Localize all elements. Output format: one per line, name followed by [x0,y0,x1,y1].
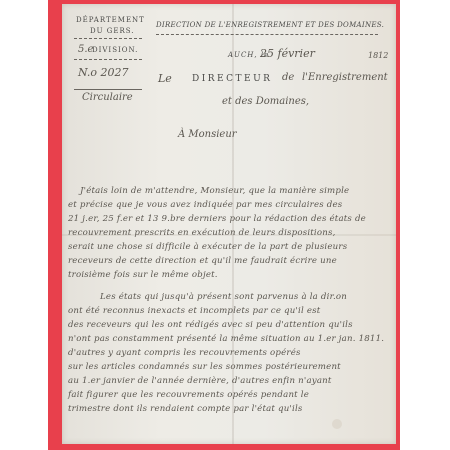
body-line: troisième fois sur le même objet. [68,270,218,280]
body-line: serait une chose si difficile à exécuter… [68,242,347,252]
date-handwritten: 25 février [260,47,315,60]
sender-enregistrement: l'Enregistrement [302,72,388,83]
divider-rule [74,38,142,39]
body-line: trimestre dont ils rendaient compte par … [68,404,303,414]
body-line: ont été reconnus inexacts et incomplets … [68,306,320,316]
wavy-rule [156,34,378,35]
reference-number: N.o 2027 [78,66,129,79]
flourish-rule [74,89,142,90]
circular-label: Circulaire [82,92,133,103]
body-line: 21 j.er, 25 f.er et 13 9.bre derniers po… [68,214,366,224]
divider-rule [74,59,142,60]
addressee-salutation: À Monsieur [178,129,237,140]
letter-page: DÉPARTEMENT DU GERS. 5.e DIVISION. N.o 2… [62,4,396,444]
body-line: Les états qui jusqu'à présent sont parve… [100,292,347,302]
direction-title: DIRECTION DE L'ENREGISTREMENT ET DES DOM… [156,21,384,29]
division-label: DIVISION. [92,46,138,54]
body-line: et précise que je vous avez indiquée par… [68,200,342,210]
body-line: d'autres y ayant compris les recouvremen… [68,348,301,358]
department-line-1: DÉPARTEMENT [76,16,145,24]
body-line: n'ont pas constamment présenté la même s… [68,334,384,344]
body-line: recouvrement prescrits en exécution de l… [68,228,336,238]
body-line: J'étais loin de m'attendre, Monsieur, qu… [80,186,349,196]
sender-title: DIRECTEUR [192,74,272,84]
body-line: au 1.er janvier de l'année dernière, d'a… [68,376,332,386]
body-line: des receveurs qui les ont rédigés avec s… [68,320,353,330]
sender-de: de [282,72,294,83]
paper-stain [332,419,342,429]
sender-le: Le [158,72,172,85]
year: 1812 [368,51,388,60]
body-line: receveurs de cette direction et qu'il me… [68,256,337,266]
body-line: fait figurer que les recouvrements opéré… [68,390,309,400]
department-line-2: DU GERS. [90,27,134,35]
sender-domaines: et des Domaines, [222,96,309,107]
body-line: sur les articles condamnés sur les somme… [68,362,341,372]
